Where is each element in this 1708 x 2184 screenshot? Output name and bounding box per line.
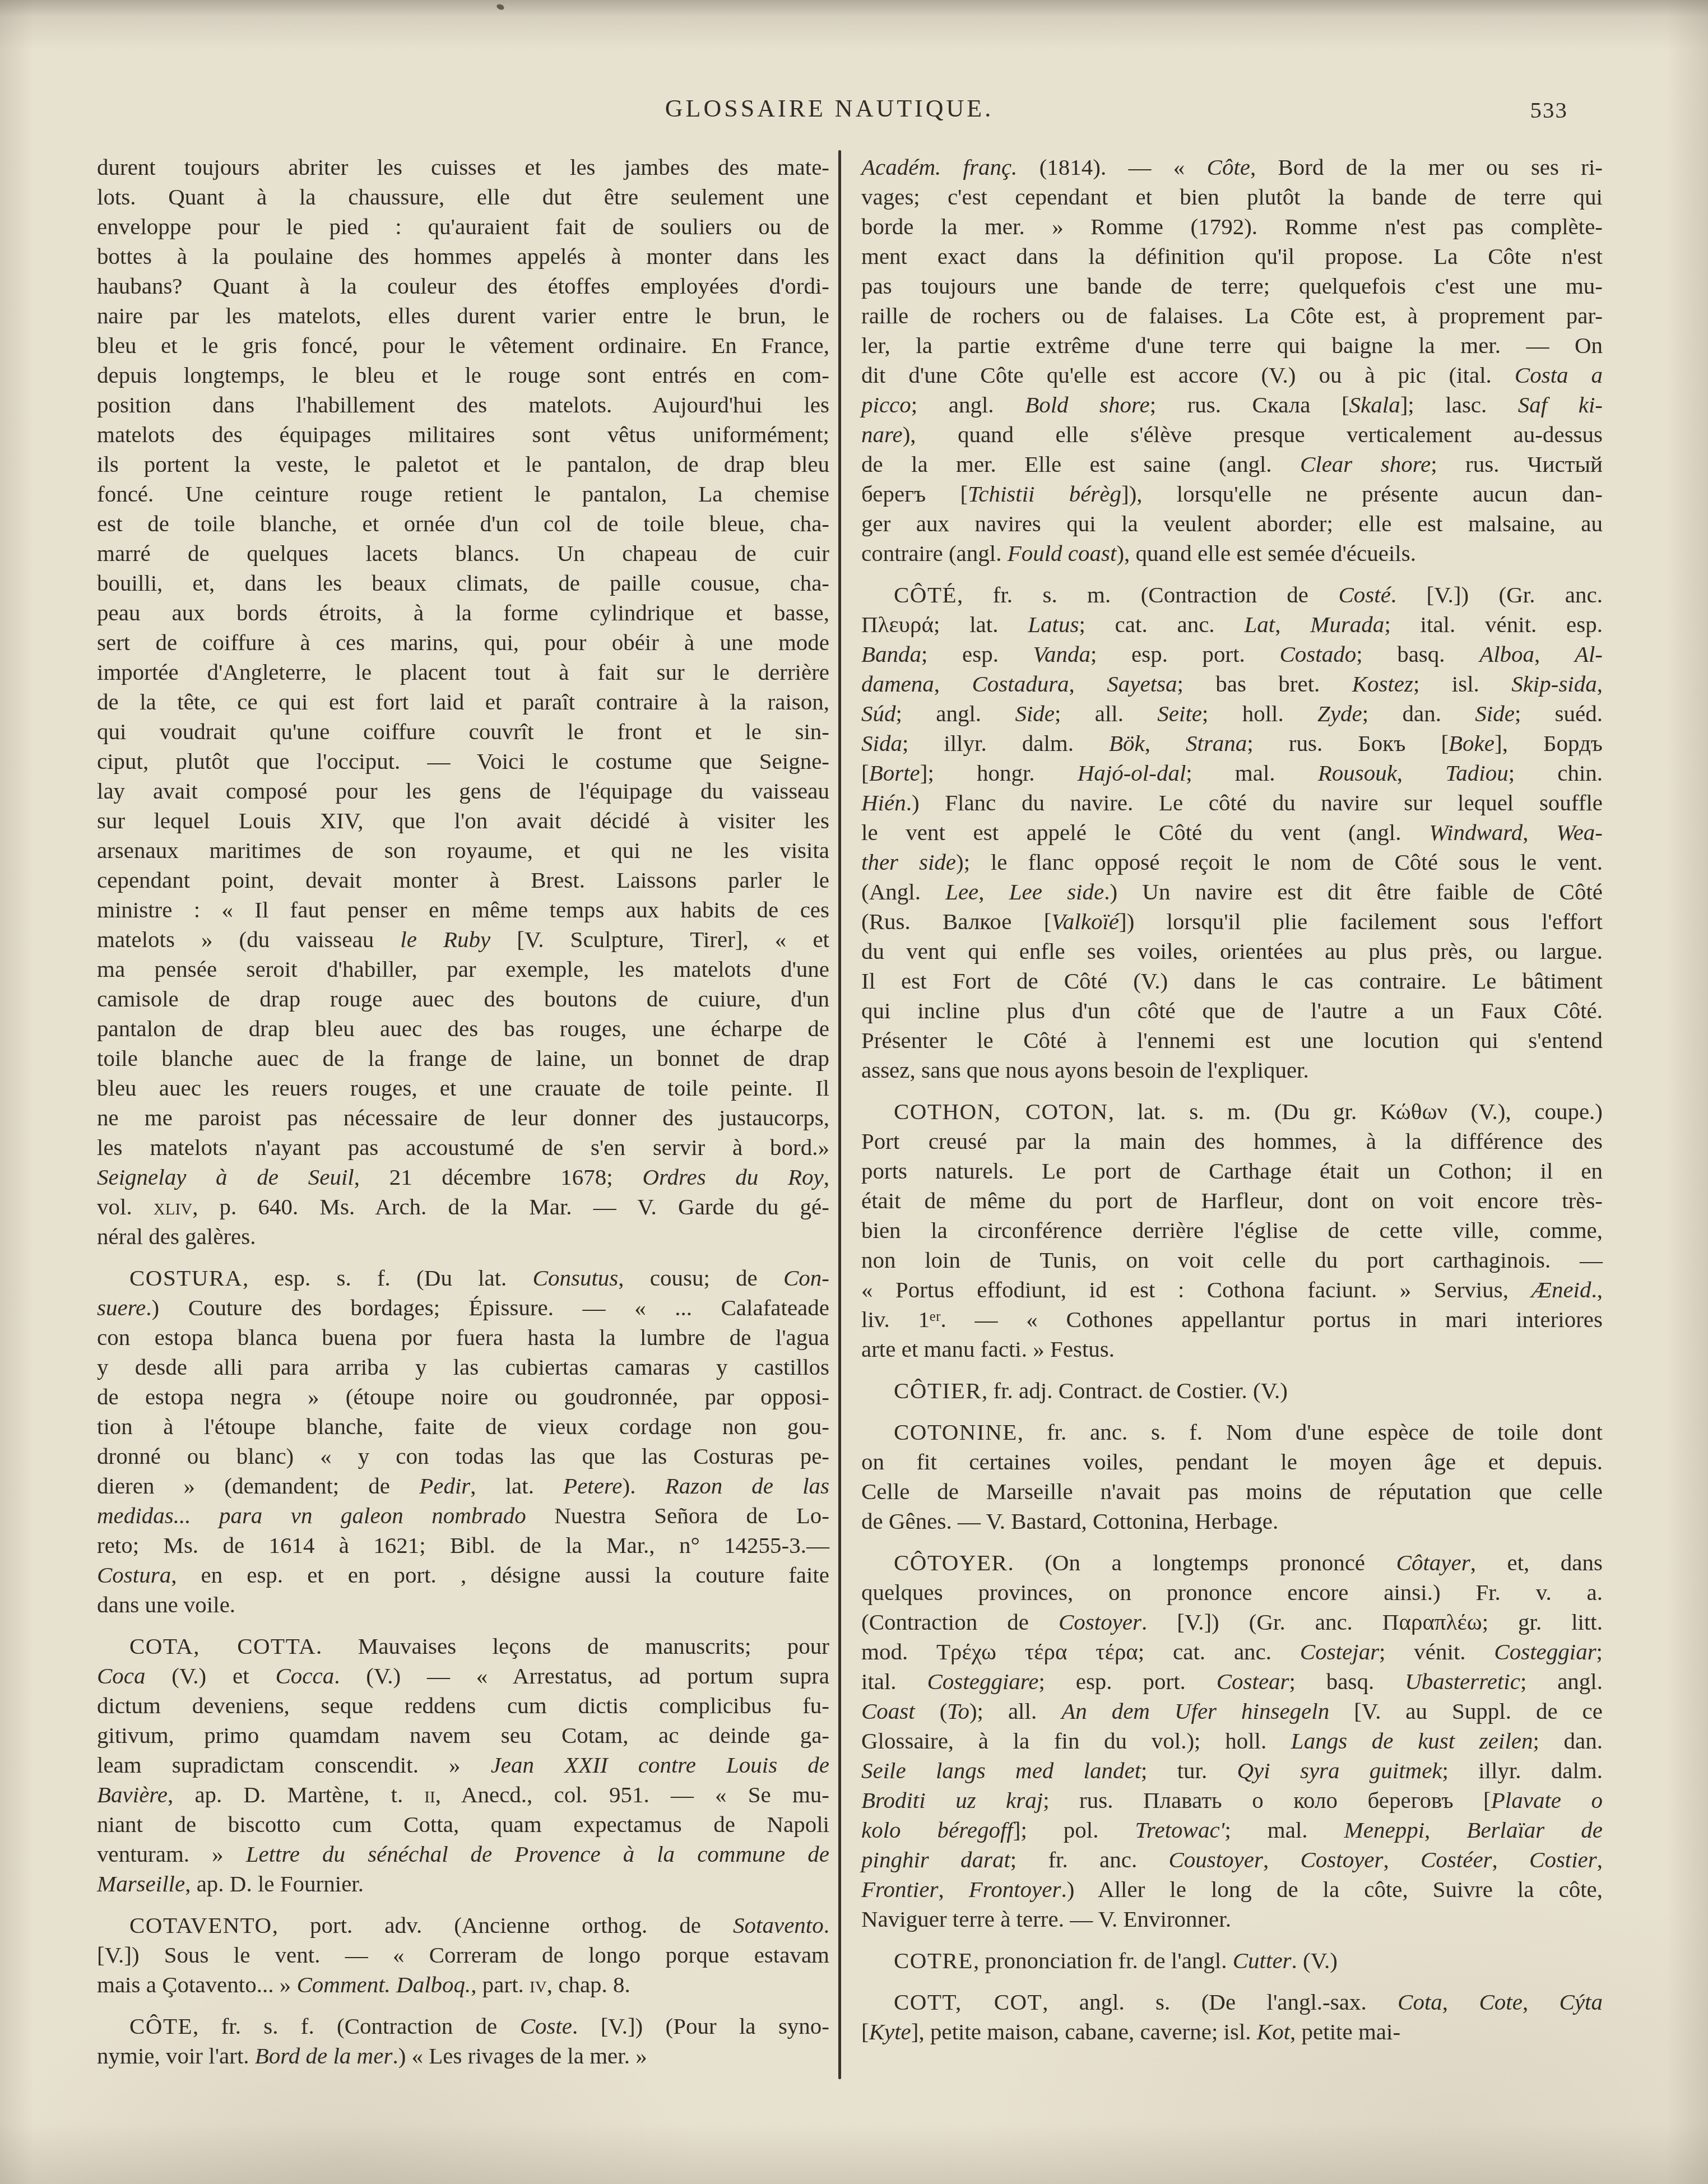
text-line: niant de biscotto cum Cotta, quam expect… [97, 1810, 829, 1839]
text-line: Hién.) Flanc du navire. Le côté du navir… [861, 788, 1603, 818]
text-line: mod. Τρέχω τέρα τέρα; cat. anc. Costejar… [861, 1637, 1603, 1667]
text-line: ils portent la veste, le paletot et le p… [97, 449, 829, 479]
text-line: CÔTÉ, fr. s. m. (Contraction de Costé. [… [861, 580, 1603, 610]
text-line: COTRE, prononciation fr. de l'angl. Cutt… [861, 1946, 1603, 1976]
text-line: importée d'Angleterre, le placent tout à… [97, 657, 829, 687]
text-line: naire par les matelots, elles durent var… [97, 301, 829, 331]
text-line: y desde alli para arriba y las cubiertas… [97, 1352, 829, 1382]
text-line: (Contraction de Costoyer. [V.]) (Gr. anc… [861, 1607, 1603, 1637]
page-title: GLOSSAIRE NAUTIQUE. [95, 94, 1563, 123]
text-line: reto; Ms. de 1614 à 1621; Bibl. de la Ma… [97, 1531, 829, 1560]
text-line: [V.]) Sous le vent. — « Correram de long… [97, 1940, 829, 1970]
text-column-right: Académ. franç. (1814). — « Côte, Bord de… [861, 152, 1603, 2047]
text-line: ital. Costeggiare; esp. port. Costear; b… [861, 1667, 1603, 1696]
text-line: toile blanche auec de la frange de laine… [97, 1044, 829, 1073]
text-line: bleu auec les reuers rouges, et une crau… [97, 1073, 829, 1103]
page-number: 533 [1530, 96, 1568, 123]
text-line: Naviguer terre à terre. — V. Environner. [861, 1904, 1603, 1934]
text-line: depuis longtemps, le bleu et le rouge so… [97, 360, 829, 390]
entry-paragraph: COSTURA, esp. s. f. (Du lat. Consutus, c… [97, 1263, 829, 1620]
text-line: non loin de Tunis, on voit celle du port… [861, 1245, 1603, 1275]
text-line: camisole de drap rouge auec des boutons … [97, 984, 829, 1014]
text-line: sert de coiffure à ces marins, qui, pour… [97, 628, 829, 657]
text-line: de estopa negra » (étoupe noire ou goudr… [97, 1382, 829, 1412]
text-line: Broditi uz kraj; rus. Плавать о коло бер… [861, 1786, 1603, 1815]
text-line: foncé. Une ceinture rouge retient le pan… [97, 479, 829, 509]
text-line: Seile langs med landet; tur. Qyi syra gu… [861, 1756, 1603, 1786]
text-line: de la mer. Elle est saine (angl. Clear s… [861, 449, 1603, 479]
text-line: matelots » (du vaisseau le Ruby [V. Scul… [97, 925, 829, 954]
text-line: [Borte]; hongr. Hajó-ol-dal; mal. Rousou… [861, 758, 1603, 788]
text-line: Πλευρά; lat. Latus; cat. anc. Lat, Murad… [861, 610, 1603, 639]
entry-paragraph: CÔTIER, fr. adj. Contract. de Costier. (… [861, 1376, 1603, 1406]
text-line: kolo béregoff]; pol. Tretowac'; mal. Men… [861, 1815, 1603, 1845]
ink-speck [496, 3, 505, 11]
text-line: raille de rochers ou de falaises. La Côt… [861, 301, 1603, 331]
text-line: damena, Costadura, Sayetsa; bas bret. Ko… [861, 669, 1603, 699]
text-line: du vent qui enfle ses voiles, orientées … [861, 936, 1603, 966]
text-line: Celle de Marseille n'avait pas moins de … [861, 1477, 1603, 1506]
text-line: (Rus. Валкое [Valkoïé]) lorsqu'il plie f… [861, 907, 1603, 936]
entry-paragraph: CÔTE, fr. s. f. (Contraction de Coste. [… [97, 2011, 829, 2071]
column-divider-rule [838, 150, 841, 2079]
text-line: ministre : « Il faut penser en même temp… [97, 895, 829, 925]
text-line: medidas... para vn galeon nombrado Nuest… [97, 1501, 829, 1531]
text-line: Súd; angl. Side; all. Seite; holl. Zyde;… [861, 699, 1603, 729]
text-line: COTONINE, fr. anc. s. f. Nom d'une espèc… [861, 1417, 1603, 1447]
text-line: les matelots n'ayant pas accoustumé de s… [97, 1133, 829, 1162]
text-line: Coast (To); all. An dem Ufer hinsegeln [… [861, 1696, 1603, 1726]
text-line: pas toujours une bande de terre; quelque… [861, 271, 1603, 301]
text-line: (Angl. Lee, Lee side.) Un navire est dit… [861, 877, 1603, 907]
text-line: vol. xliv, p. 640. Ms. Arch. de la Mar. … [97, 1192, 829, 1222]
entry-paragraph: CÔTOYER. (On a longtemps prononcé Côtaye… [861, 1548, 1603, 1934]
text-line: COTHON, COTON, lat. s. m. (Du gr. Κώθων … [861, 1097, 1603, 1126]
entry-paragraph: COTAVENTO, port. adv. (Ancienne orthog. … [97, 1911, 829, 2000]
entry-paragraph: COTA, COTTA. Mauvaises leçons de manuscr… [97, 1631, 829, 1899]
text-line: dans une voile. [97, 1590, 829, 1620]
text-line: haubans? Quant à la couleur des étoffes … [97, 271, 829, 301]
text-line: gitivum, primo quamdam navem seu Cotam, … [97, 1721, 829, 1750]
text-line: le vent est appelé le Côté du vent (angl… [861, 818, 1603, 847]
text-line: marré de quelques lacets blancs. Un chap… [97, 539, 829, 568]
text-line: sur lequel Louis XIV, que l'on avait déc… [97, 806, 829, 836]
text-line: dit d'une Côte qu'elle est accore (V.) o… [861, 360, 1603, 390]
continuation-paragraph: durent toujours abriter les cuisses et l… [97, 152, 829, 1251]
text-line: dronné ou blanc) « y con todas las que l… [97, 1441, 829, 1471]
text-line: bouilli, et, dans les beaux climats, de … [97, 568, 829, 598]
text-line: néral des galères. [97, 1222, 829, 1251]
entry-paragraph: COTT, COT, angl. s. (De l'angl.-sax. Cot… [861, 1987, 1603, 2047]
continuation-paragraph: Académ. franç. (1814). — « Côte, Bord de… [861, 152, 1603, 568]
text-line: Banda; esp. Vanda; esp. port. Costado; b… [861, 639, 1603, 669]
text-line: arte et manu facti. » Festus. [861, 1334, 1603, 1364]
text-line: COTA, COTTA. Mauvaises leçons de manuscr… [97, 1631, 829, 1661]
text-line: Bavière, ap. D. Martène, t. ii, Anecd., … [97, 1780, 829, 1810]
text-line: ment exact dans la définition qu'il prop… [861, 242, 1603, 271]
text-line: position dans l'habillement des matelots… [97, 390, 829, 420]
text-line: est de toile blanche, et ornée d'un col … [97, 509, 829, 539]
scanned-book-page: GLOSSAIRE NAUTIQUE. 533 durent toujours … [0, 0, 1708, 2184]
text-line: Présenter le Côté à l'ennemi est une loc… [861, 1026, 1603, 1055]
text-line: Coca (V.) et Cocca. (V.) — « Arrestatus,… [97, 1661, 829, 1691]
entry-paragraph: COTHON, COTON, lat. s. m. (Du gr. Κώθων … [861, 1097, 1603, 1364]
text-line: Il est Fort de Côté (V.) dans le cas con… [861, 966, 1603, 996]
text-line: assez, sans que nous ayons besoin de l'e… [861, 1055, 1603, 1085]
text-line: ger aux navires qui la veulent aborder; … [861, 509, 1603, 539]
text-line: Costura, en esp. et en port. , désigne a… [97, 1560, 829, 1590]
text-line: cependant point, devait monter à Brest. … [97, 865, 829, 895]
text-line: était de même du port de Harfleur, dont … [861, 1186, 1603, 1216]
text-line: lay avait composé pour les gens de l'équ… [97, 776, 829, 806]
text-line: ler, la partie extrême d'une terre qui b… [861, 331, 1603, 360]
text-column-left: durent toujours abriter les cuisses et l… [97, 152, 829, 2071]
text-line: pinghir darat; fr. anc. Coustoyer, Costo… [861, 1845, 1603, 1875]
text-line: Port creusé par la main des hommes, à la… [861, 1126, 1603, 1156]
text-line: de la tête, ce qui est fort laid et para… [97, 687, 829, 717]
text-line: qui incline plus d'un côté que de l'autr… [861, 996, 1603, 1026]
text-line: matelots des équipages militaires sont v… [97, 420, 829, 449]
text-line: « Portus effodiunt, id est : Cothona fac… [861, 1275, 1603, 1305]
text-line: [Kyte], petite maison, cabane, caverne; … [861, 2017, 1603, 2047]
text-line: contraire (angl. Fould coast), quand ell… [861, 539, 1603, 568]
text-line: nare), quand elle s'élève presque vertic… [861, 420, 1603, 449]
text-line: ne me paroist pas nécessaire de leur don… [97, 1103, 829, 1133]
text-line: берегъ [Tchistii bérèg]), lorsqu'elle ne… [861, 479, 1603, 509]
text-line: borde la mer. » Romme (1792). Romme n'es… [861, 212, 1603, 242]
text-line: CÔTE, fr. s. f. (Contraction de Coste. [… [97, 2011, 829, 2041]
text-line: quelques provinces, on prononce encore a… [861, 1578, 1603, 1607]
text-line: bien la circonférence derrière l'église … [861, 1216, 1603, 1245]
text-line: lots. Quant à la chaussure, elle dut êtr… [97, 182, 829, 212]
text-line: leam supradictam conscendit. » Jean XXII… [97, 1750, 829, 1780]
text-line: venturam. » Lettre du sénéchal de Proven… [97, 1839, 829, 1869]
text-line: ports naturels. Le port de Carthage étai… [861, 1156, 1603, 1186]
text-line: picco; angl. Bold shore; rus. Скала [Ska… [861, 390, 1603, 420]
text-line: Frontier, Frontoyer.) Aller le long de l… [861, 1875, 1603, 1904]
entry-paragraph: COTONINE, fr. anc. s. f. Nom d'une espèc… [861, 1417, 1603, 1536]
text-line: qui voudrait qu'une coiffure couvrît le … [97, 717, 829, 746]
text-line: dieren » (demandent; de Pedir, lat. Pete… [97, 1471, 829, 1501]
entry-paragraph: COTRE, prononciation fr. de l'angl. Cutt… [861, 1946, 1603, 1976]
text-line: CÔTIER, fr. adj. Contract. de Costier. (… [861, 1376, 1603, 1406]
text-line: ther side); le flanc opposé reçoit le no… [861, 847, 1603, 877]
text-line: nymie, voir l'art. Bord de la mer.) « Le… [97, 2041, 829, 2071]
text-line: COTAVENTO, port. adv. (Ancienne orthog. … [97, 1911, 829, 1940]
text-line: Marseille, ap. D. le Fournier. [97, 1869, 829, 1899]
text-line: COSTURA, esp. s. f. (Du lat. Consutus, c… [97, 1263, 829, 1293]
text-line: bleu et le gris foncé, pour le vêtement … [97, 331, 829, 360]
text-line: COTT, COT, angl. s. (De l'angl.-sax. Cot… [861, 1987, 1603, 2017]
text-line: liv. 1ᵉʳ. — « Cothones appellantur portu… [861, 1305, 1603, 1334]
text-line: ma pensée seroit d'habiller, par exemple… [97, 954, 829, 984]
text-line: Glossaire, à la fin du vol.); holl. Lang… [861, 1726, 1603, 1756]
text-line: Sida; illyr. dalm. Bök, Strana; rus. Бок… [861, 729, 1603, 758]
text-line: on fit certaines voiles, pendant le moye… [861, 1447, 1603, 1477]
text-line: Académ. franç. (1814). — « Côte, Bord de… [861, 152, 1603, 182]
text-line: enveloppe pour le pied : qu'auraient fai… [97, 212, 829, 242]
text-line: dictum deveniens, seque reddens cum dict… [97, 1691, 829, 1721]
text-line: con estopa blanca buena por fuera hasta … [97, 1323, 829, 1352]
text-line: pantalon de drap bleu auec des bas rouge… [97, 1014, 829, 1044]
text-line: suere.) Couture des bordages; Épissure. … [97, 1293, 829, 1323]
text-line: peau aux bords étroits, à la forme cylin… [97, 598, 829, 628]
text-line: durent toujours abriter les cuisses et l… [97, 152, 829, 182]
entry-paragraph: CÔTÉ, fr. s. m. (Contraction de Costé. [… [861, 580, 1603, 1085]
text-line: mais a Çotavento... » Comment. Dalboq., … [97, 1970, 829, 2000]
text-line: vages; c'est cependant et bien plutôt la… [861, 182, 1603, 212]
text-line: arsenaux maritimes de son royaume, et qu… [97, 836, 829, 865]
text-line: CÔTOYER. (On a longtemps prononcé Côtaye… [861, 1548, 1603, 1578]
text-line: bottes à la poulaine des hommes appelés … [97, 242, 829, 271]
text-line: ciput, plutôt que l'occiput. — Voici le … [97, 746, 829, 776]
text-line: Seignelay à de Seuil, 21 décembre 1678; … [97, 1162, 829, 1192]
text-line: de Gênes. — V. Bastard, Cottonina, Herba… [861, 1506, 1603, 1536]
text-line: tion à l'étoupe blanche, faite de vieux … [97, 1412, 829, 1441]
